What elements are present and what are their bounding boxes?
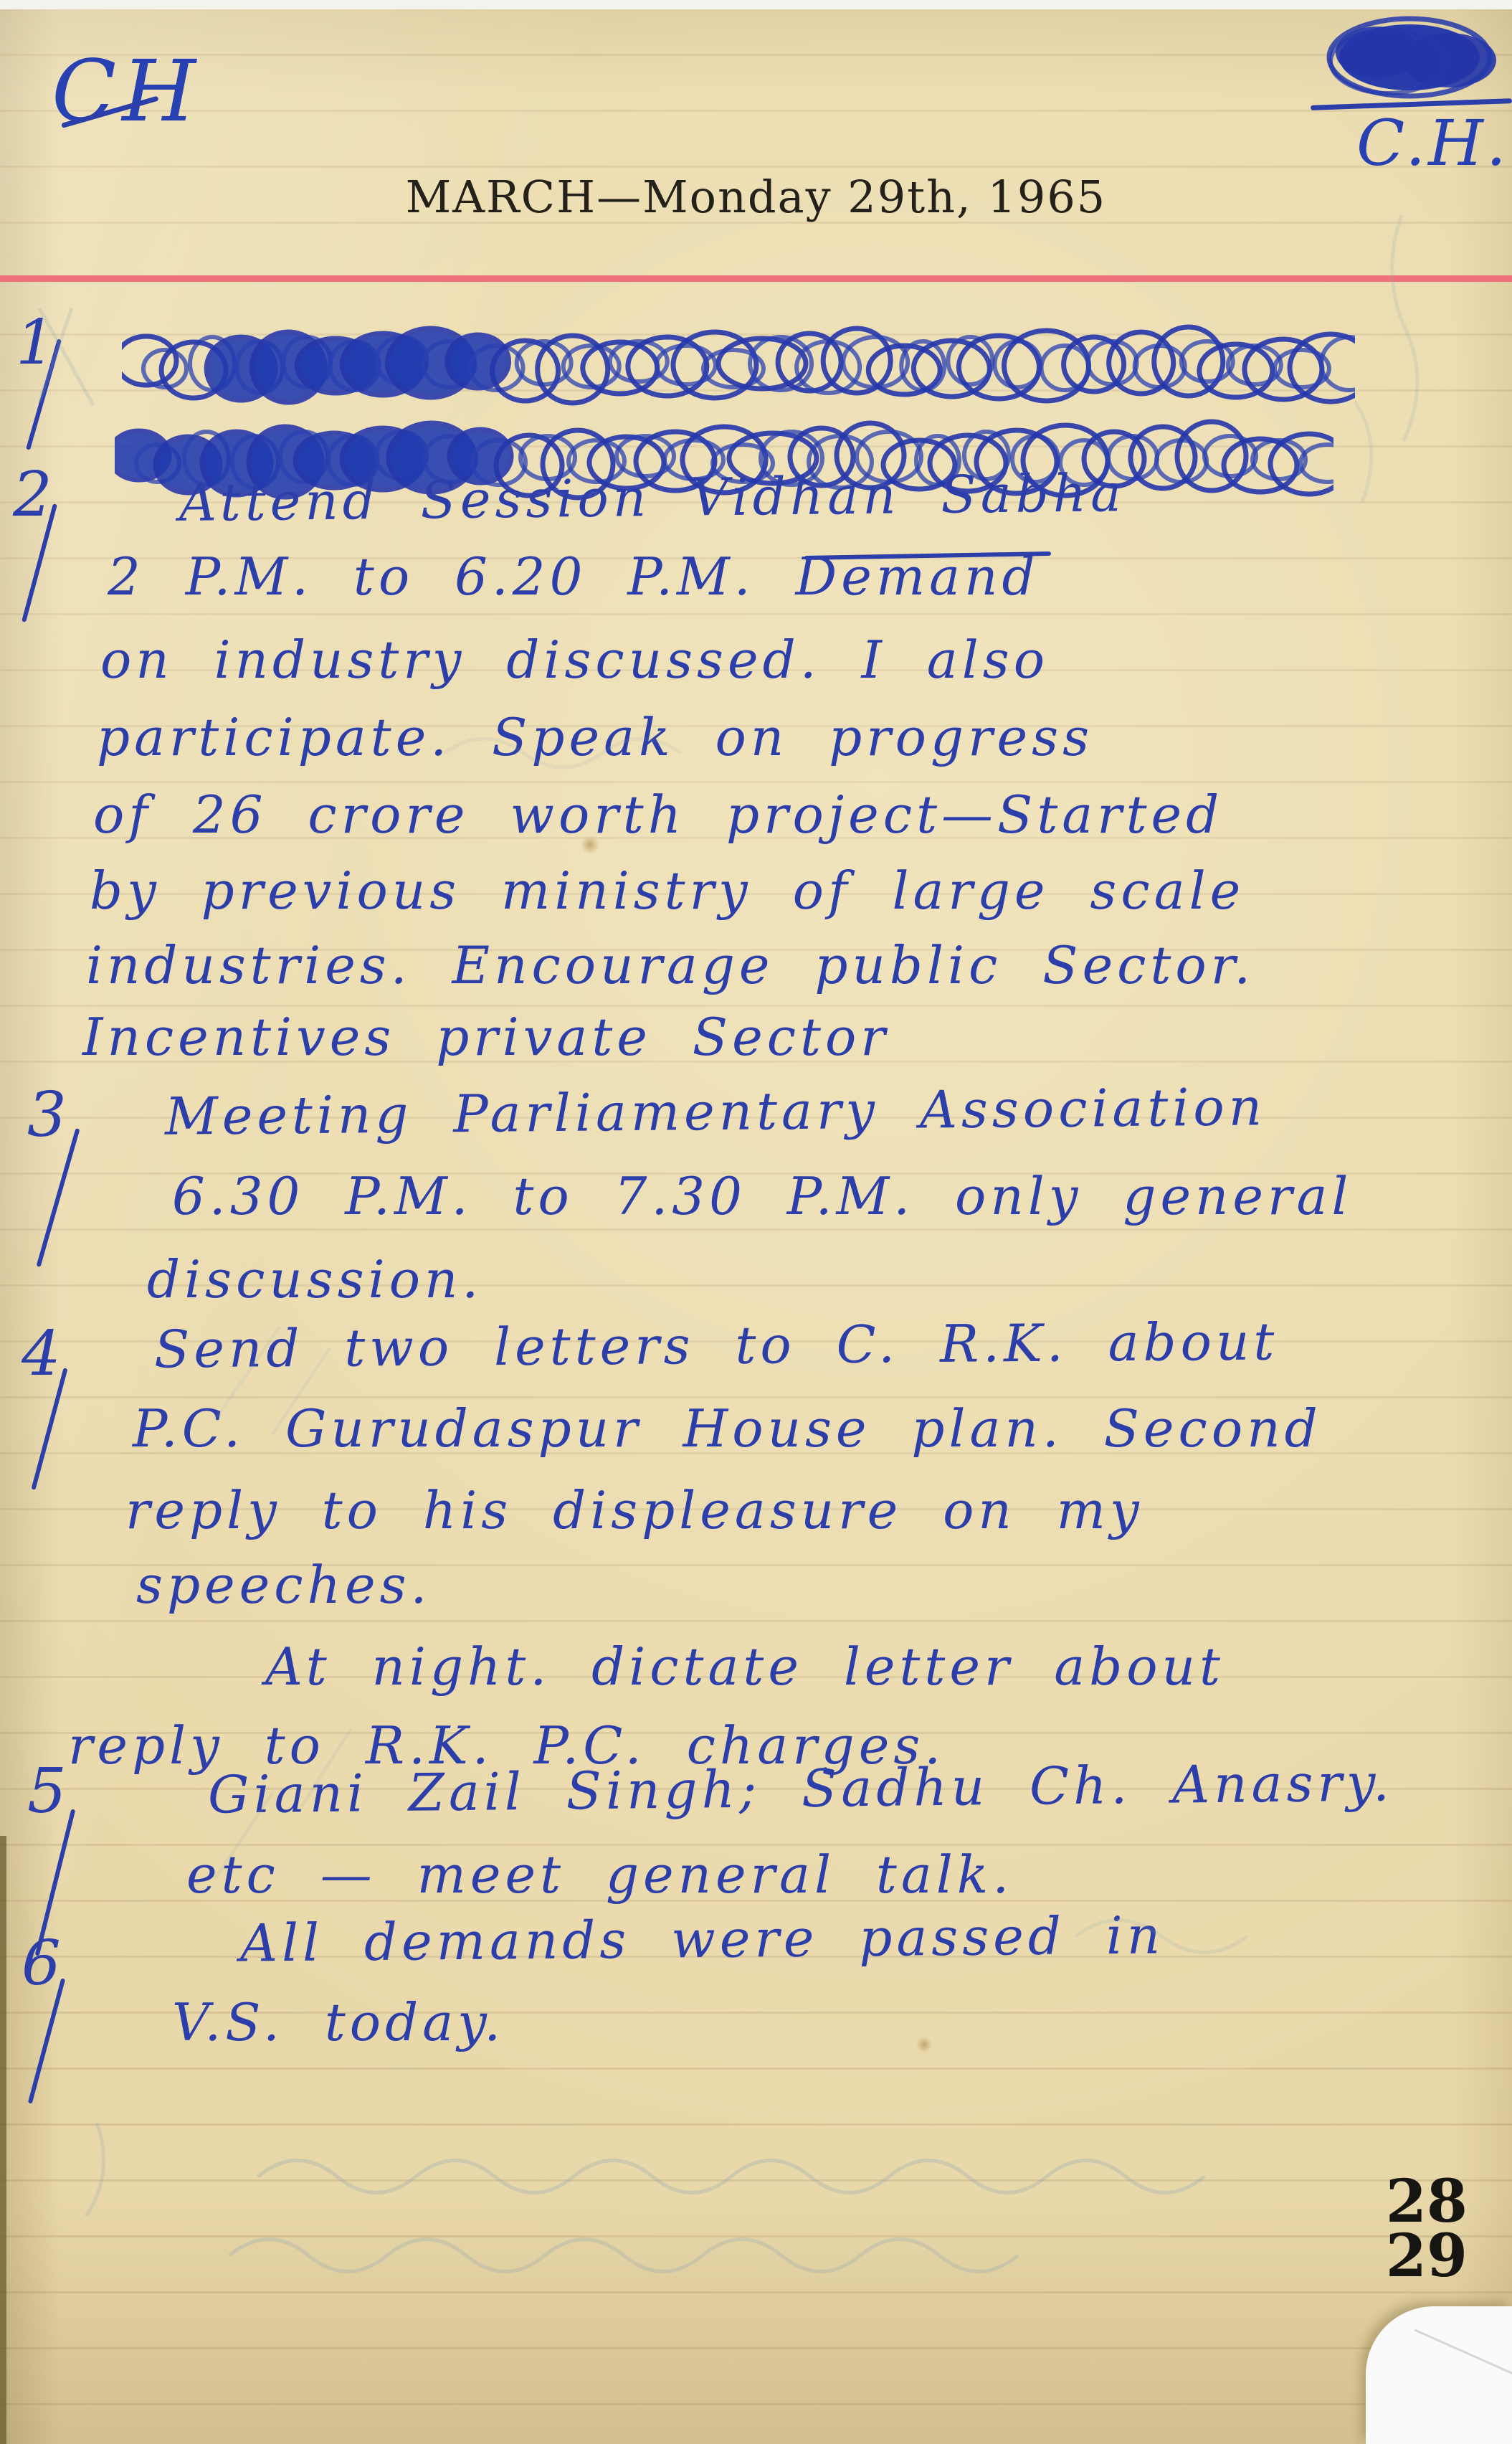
torn-corner [1366,2306,1512,2444]
paper-stain [916,2037,932,2052]
bleed-through-ghost-writing [0,0,1512,2444]
page-number-bottom: 29 [1386,2222,1468,2291]
paper-stain [581,835,599,854]
crease-line [1414,2329,1512,2386]
diary-page-scan: MARCH—Monday 29th, 1965 CH C.H. 1 2 Atte… [0,0,1512,2444]
